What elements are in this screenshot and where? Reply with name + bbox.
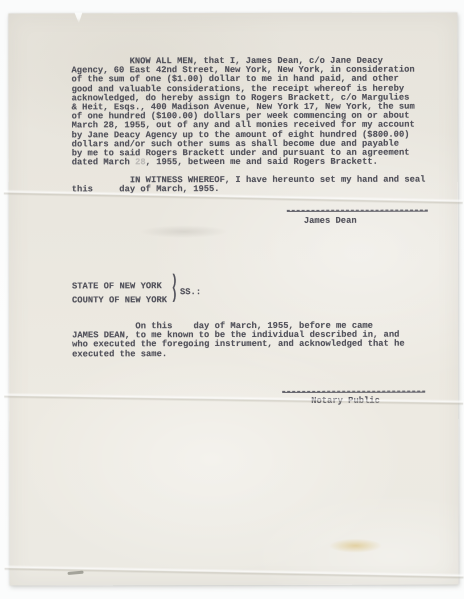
faded-day-number: 28: [135, 157, 146, 167]
scan-background: { "colors": { "scan_background": "#fbfcf…: [0, 0, 464, 599]
fold-crease-middle: [4, 392, 463, 405]
paper-tear-notch: [74, 12, 82, 23]
signatory-name: James Dean: [304, 217, 357, 226]
ink-mark: [67, 571, 83, 575]
assignment-paragraph: KNOW ALL MEN, that I, James Dean, c/o Ja…: [71, 57, 414, 159]
ss-label: SS.:: [180, 288, 201, 297]
assignment-last-line-suffix: , 1955, between me and said Rogers Brack…: [146, 157, 378, 167]
yellow-stain: [330, 539, 382, 553]
assignment-last-line: dated March 28, 1955, between me and sai…: [72, 158, 378, 168]
notary-rule: [282, 391, 425, 393]
document-paper: KNOW ALL MEN, that I, James Dean, c/o Ja…: [8, 13, 458, 586]
venue-block: STATE OF NEW YORK COUNTY OF NEW YORK: [72, 279, 167, 307]
acknowledgment-paragraph: On this day of March, 1955, before me ca…: [72, 322, 405, 360]
assignment-last-line-prefix: dated March: [72, 157, 135, 167]
venue-brace-bottom: ): [171, 289, 178, 304]
signature-rule: [287, 210, 428, 212]
offset-smudge: [139, 225, 229, 238]
